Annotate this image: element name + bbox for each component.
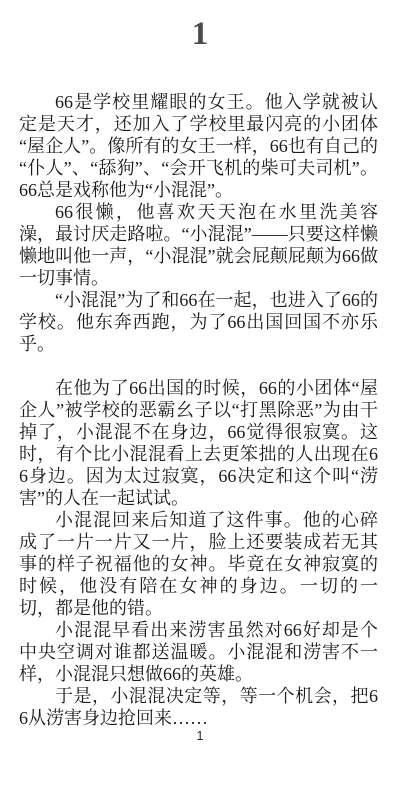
paragraph-4: 在他为了66出国的时候，66的小团体“屋企人”被学校的恶霸幺子以“打黑除恶”为由… [19, 377, 378, 509]
paragraph-6: 小混混早看出来涝害虽然对66好却是个中央空调对谁都送温暖。小混混和涝害不一样，小… [19, 619, 378, 685]
page-number: 1 [0, 729, 400, 743]
reader-page[interactable]: 1 66是学校里耀眼的女王。他入学就被认定是天才，还加入了学校里最闪亮的小团体“… [0, 0, 400, 800]
chapter-heading: 1 [0, 14, 400, 54]
paragraph-5: 小混混回来后知道了这件事。他的心碎成了一片一片又一片，脸上还要装成若无其事的样子… [19, 509, 378, 619]
paragraph-2: 66很懒，他喜欢天天泡在水里洗美容澡，最讨厌走路啦。“小混混”——只要这样懒懒地… [19, 201, 378, 289]
paragraph-1: 66是学校里耀眼的女王。他入学就被认定是天才，还加入了学校里最闪亮的小团体“屋企… [19, 91, 378, 201]
chapter-body: 66是学校里耀眼的女王。他入学就被认定是天才，还加入了学校里最闪亮的小团体“屋企… [0, 91, 400, 729]
paragraph-7: 于是，小混混决定等，等一个机会，把66从涝害身边抢回来…… [19, 685, 378, 729]
paragraph-3: “小混混”为了和66在一起，也进入了66的学校。他东奔西跑，为了66出国回国不亦… [19, 289, 378, 355]
